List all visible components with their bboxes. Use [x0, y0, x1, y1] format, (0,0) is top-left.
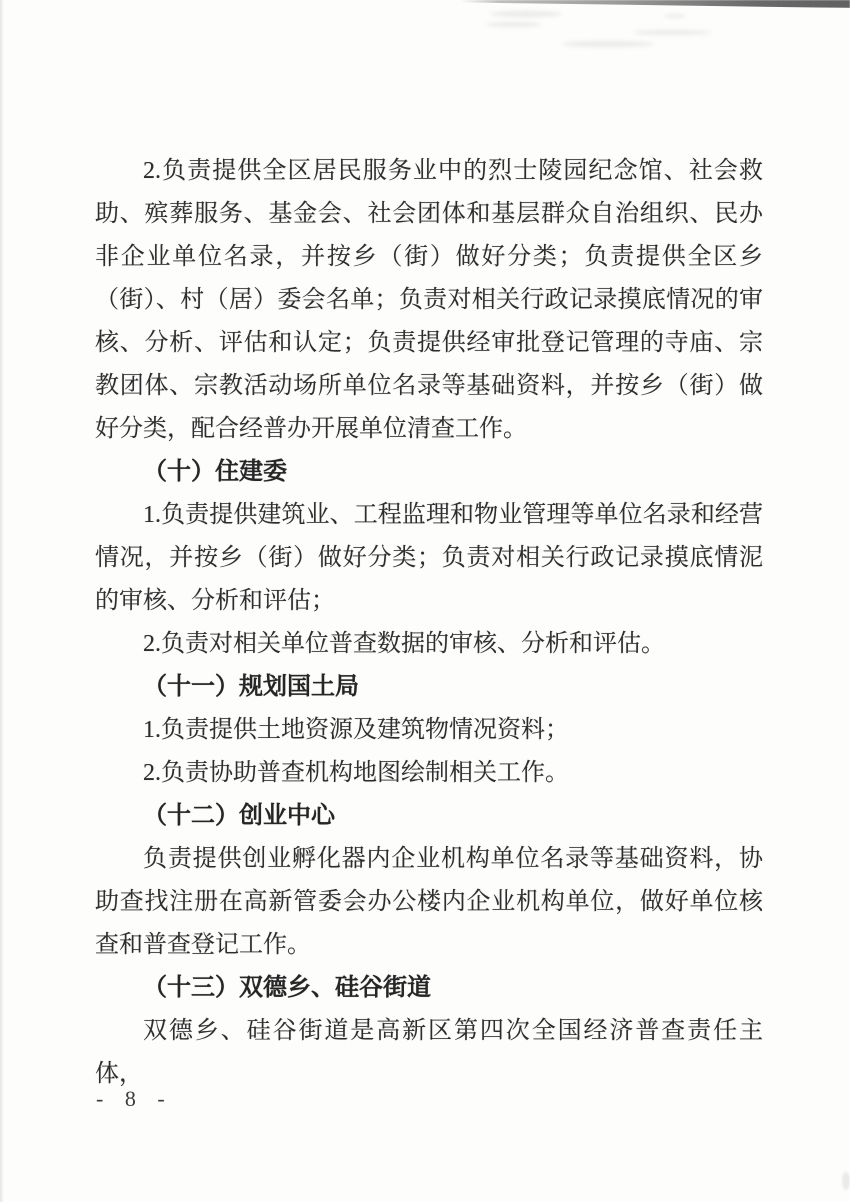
scan-smudge — [633, 30, 711, 35]
paragraph: 2.负责提供全区居民服务业中的烈士陵园纪念馆、社会救助、殡葬服务、基金会、社会团… — [95, 150, 763, 451]
document-text: 2.负责提供全区居民服务业中的烈士陵园纪念馆、社会救助、殡葬服务、基金会、社会团… — [95, 150, 763, 1096]
paragraph: 负责提供创业孵化器内企业机构单位名录等基础资料，协助查找注册在高新管委会办公楼内… — [95, 838, 763, 967]
page-number: - 8 - — [96, 1086, 173, 1112]
paragraph: 2.负责对相关单位普查数据的审核、分析和评估。 — [95, 623, 763, 666]
section-heading: （十）住建委 — [95, 451, 763, 494]
paragraph: 1.负责提供建筑业、工程监理和物业管理等单位名录和经营情况，并按乡（街）做好分类… — [95, 494, 763, 623]
paragraph: 2.负责协助普查机构地图绘制相关工作。 — [95, 752, 763, 795]
section-heading: （十三）双德乡、硅谷街道 — [95, 967, 763, 1010]
paragraph: 双德乡、硅谷街道是高新区第四次全国经济普查责任主体， — [95, 1010, 763, 1096]
scan-smudge — [486, 22, 542, 27]
scan-top-band-artifact — [460, 0, 850, 8]
section-heading: （十二）创业中心 — [95, 795, 763, 838]
scan-smudge — [842, 1172, 850, 1190]
document-page: { "document": { "paragraphs": [ { "style… — [0, 0, 850, 1202]
scan-smudge — [664, 14, 686, 18]
scan-edge-shadow — [0, 0, 4, 1202]
paragraph: 1.负责提供土地资源及建筑物情况资料； — [95, 709, 763, 752]
scan-smudge — [490, 11, 562, 17]
scan-smudge — [562, 41, 654, 47]
section-heading: （十一）规划国土局 — [95, 666, 763, 709]
